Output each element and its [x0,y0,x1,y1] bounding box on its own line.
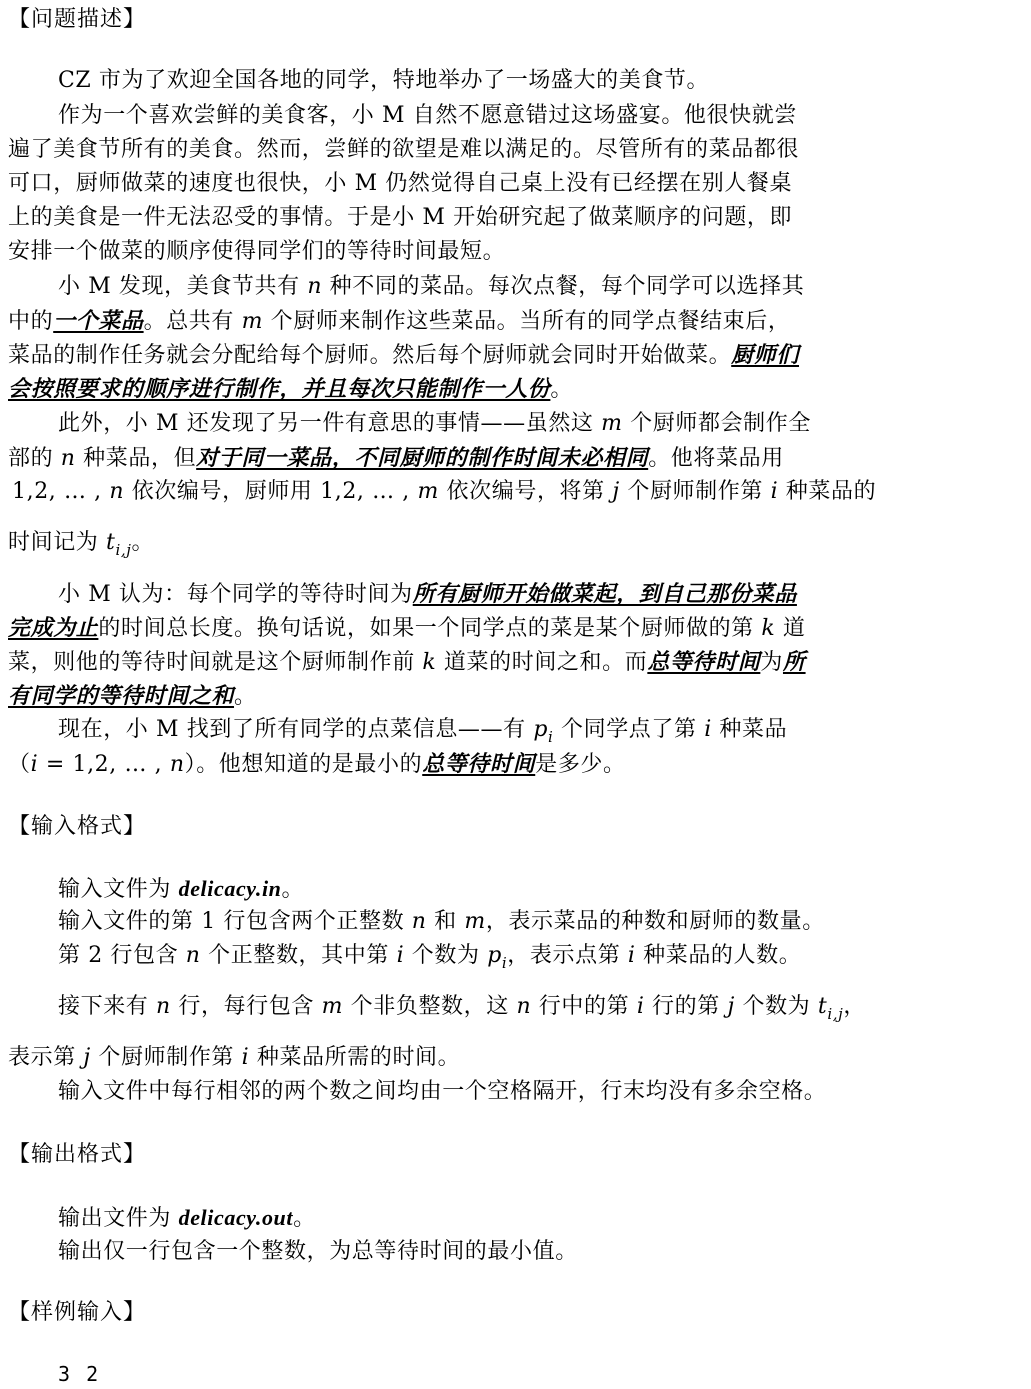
math-variable: m [601,411,622,436]
text-run: 部的 [8,446,61,471]
text-line: （i = 1,2, … , n）。他想知道的是最小的总等待时间是多少。 [8,749,626,780]
text-line: 遍了美食节所有的美食。然而，尝鲜的欲望是难以满足的。尽管所有的菜品都很 [8,135,799,165]
text-run: 现在，小 M 找到了所有同学的点菜信息——有 [58,717,533,742]
math-variable: n [412,909,427,934]
text-run: 行，每行包含 [171,994,322,1019]
text-run: 菜品的制作任务就会分配给每个厨师。然后每个厨师就会同时开始做菜。 [8,343,731,368]
text-run: 种菜品，但 [76,446,197,471]
text-run: 行的第 [644,994,727,1019]
math-variable: n [170,752,185,777]
math-variable: i [628,943,636,968]
text-run: 个厨师制作第 [91,1045,242,1070]
text-line: 可口，厨师做菜的速度也很快，小 M 仍然觉得自己桌上没有已经摆在别人餐桌 [8,169,792,199]
math-variable: i,j [115,541,131,559]
text-run: 菜，则他的等待时间就是这个厨师制作前 [8,650,422,675]
math-variable: j [727,994,734,1019]
math-variable: t [818,994,827,1019]
text-line: 会按照要求的顺序进行制作，并且每次只能制作一人份。 [8,374,573,405]
text-run: 的时间总长度。换句话说，如果一个同学点的菜是某个厨师做的第 [98,616,761,641]
math-variable: j [612,479,619,504]
math-variable: m [242,309,263,334]
emphasized-text: 一个菜品 [53,308,143,334]
math-variable: n [61,446,76,471]
text-run: ， [843,994,866,1019]
text-run: 安排一个做菜的顺序使得同学们的等待时间最短。 [8,239,505,264]
math-variable: i [704,717,712,742]
text-run: 种菜品的人数。 [636,943,802,968]
text-run: 种菜品所需的时间。 [249,1045,460,1070]
text-run: 种菜品的 [778,479,876,504]
math-variable: m [417,479,438,504]
text-line: 表示第 j 个厨师制作第 i 种菜品所需的时间。 [8,1043,460,1073]
text-line: 输出文件为 delicacy.out。 [58,1203,316,1234]
text-run: 个同学点了第 [553,717,704,742]
text-line: 输入文件中每行相邻的两个数之间均由一个空格隔开，行末均没有多余空格。 [58,1077,826,1107]
math-variable: p [487,943,502,968]
math-variable: n [307,274,322,299]
text-run: 为 [760,650,783,675]
filename-text: delicacy.out [179,1205,294,1230]
emphasized-text: 厨师们 [731,342,799,368]
text-run: 1,2, … , [12,479,109,504]
text-run: 。 [131,530,154,555]
text-run: 种不同的菜品。每次点餐，每个同学可以选择其 [322,274,804,299]
text-run: 。 [293,1206,316,1231]
text-line: 中的一个菜品。总共有 m 个厨师来制作这些菜品。当所有的同学点餐结束后， [8,306,790,337]
text-line: 小 M 发现，美食节共有 n 种不同的菜品。每次点餐，每个同学可以选择其 [58,272,804,302]
text-run: 道菜的时间之和。而 [436,650,647,675]
heading-output-format: 【输出格式】 [8,1140,146,1170]
text-run: 个非负整数，这 [343,994,516,1019]
text-run: CZ 市为了欢迎全国各地的同学，特地举办了一场盛大的美食节。 [58,68,709,93]
text-line: 作为一个喜欢尝鲜的美食客，小 M 自然不愿意错过这场盛宴。他很快就尝 [58,101,797,131]
text-run: 依次编号，厨师用 1,2, … , [124,479,417,504]
emphasized-text: 有同学的等待时间之和 [8,683,234,709]
text-run: 可口，厨师做菜的速度也很快，小 M 仍然觉得自己桌上没有已经摆在别人餐桌 [8,171,792,196]
text-run: 种菜品 [712,717,787,742]
text-line: CZ 市为了欢迎全国各地的同学，特地举办了一场盛大的美食节。 [58,66,709,96]
math-variable: m [322,994,343,1019]
text-line: 时间记为 ti,j。 [8,528,154,565]
text-run: 输出文件为 [58,1206,179,1231]
math-variable: n [156,994,171,1019]
text-run: 输出仅一行包含一个整数，为总等待时间的最小值。 [58,1239,578,1264]
text-run: 第 2 行包含 [58,943,186,968]
text-run: 。总共有 [144,309,242,334]
math-variable: k [761,616,775,641]
text-run: 遍了美食节所有的美食。然而，尝鲜的欲望是难以满足的。尽管所有的菜品都很 [8,137,799,162]
heading-sample-input: 【样例输入】 [8,1298,146,1328]
text-run: 表示第 [8,1045,83,1070]
text-run: 输入文件中每行相邻的两个数之间均由一个空格隔开，行末均没有多余空格。 [58,1079,826,1104]
text-run: 上的美食是一件无法忍受的事情。于是小 M 开始研究起了做菜顺序的问题，即 [8,205,792,230]
text-run: ，表示点第 [507,943,628,968]
text-run: 个数为 [404,943,487,968]
heading-input-format: 【输入格式】 [8,812,146,842]
emphasized-text: 完成为止 [8,615,98,641]
math-variable: m [464,909,485,934]
emphasized-text: 总等待时间 [647,649,760,675]
text-run: 依次编号，将第 [439,479,612,504]
text-run: 输入文件为 [58,877,179,902]
emphasized-text: 总等待时间 [422,751,535,777]
text-line: 输入文件为 delicacy.in。 [58,874,304,905]
text-run: 。 [550,377,573,402]
text-run: 和 [427,909,465,934]
text-line: 现在，小 M 找到了所有同学的点菜信息——有 pi 个同学点了第 i 种菜品 [58,715,787,752]
text-line: 部的 n 种菜品，但对于同一菜品，不同厨师的制作时间未必相同。他将菜品用 [8,443,784,474]
text-run: 。 [282,877,305,902]
text-line: 接下来有 n 行，每行包含 m 个非负整数，这 n 行中的第 i 行的第 j 个… [58,992,866,1029]
text-run: 个厨师制作第 [620,479,771,504]
text-run: ）。他想知道的是最小的 [185,752,423,777]
text-run: （ [8,752,31,777]
text-line: 1,2, … , n 依次编号，厨师用 1,2, … , m 依次编号，将第 j… [12,477,876,507]
text-line: 菜品的制作任务就会分配给每个厨师。然后每个厨师就会同时开始做菜。厨师们 [8,340,799,371]
math-variable: n [186,943,201,968]
sample-input-line: 3 2 [58,1360,100,1388]
math-variable: n [516,994,531,1019]
text-run: 个正整数，其中第 [201,943,397,968]
emphasized-text: 所 [783,649,806,675]
text-run: 此外，小 M 还发现了另一件有意思的事情——虽然这 [58,411,601,436]
text-line: 有同学的等待时间之和。 [8,681,257,712]
text-run: 。他将菜品用 [648,446,784,471]
emphasized-text: 会按照要求的顺序进行制作，并且每次只能制作一人份 [8,376,550,402]
text-line: 完成为止的时间总长度。换句话说，如果一个同学点的菜是某个厨师做的第 k 道 [8,613,806,644]
heading-problem-description: 【问题描述】 [8,5,146,35]
text-run: 道 [775,616,805,641]
text-line: 菜，则他的等待时间就是这个厨师制作前 k 道菜的时间之和。而总等待时间为所 [8,647,806,678]
text-run: 小 M 认为：每个同学的等待时间为 [58,582,413,607]
text-run: 接下来有 [58,994,156,1019]
text-line: 输出仅一行包含一个整数，为总等待时间的最小值。 [58,1237,578,1267]
math-variable: j [83,1045,90,1070]
text-run: 作为一个喜欢尝鲜的美食客，小 M 自然不愿意错过这场盛宴。他很快就尝 [58,103,797,128]
math-variable: n [109,479,124,504]
text-line: 安排一个做菜的顺序使得同学们的等待时间最短。 [8,237,505,267]
text-run: 个数为 [735,994,818,1019]
emphasized-text: 对于同一菜品，不同厨师的制作时间未必相同 [196,445,648,471]
math-variable: p [533,717,548,742]
filename-text: delicacy.in [179,876,282,901]
text-line: 上的美食是一件无法忍受的事情。于是小 M 开始研究起了做菜顺序的问题，即 [8,203,792,233]
text-line: 输入文件的第 1 行包含两个正整数 n 和 m，表示菜品的种数和厨师的数量。 [58,907,825,937]
text-run: 是多少。 [535,752,625,777]
text-line: 小 M 认为：每个同学的等待时间为所有厨师开始做菜起，到自己那份菜品 [58,579,797,610]
text-run: 个厨师来制作这些菜品。当所有的同学点餐结束后， [263,309,790,334]
text-run: 小 M 发现，美食节共有 [58,274,307,299]
text-line: 第 2 行包含 n 个正整数，其中第 i 个数为 pi，表示点第 i 种菜品的人… [58,941,801,978]
math-variable: i,j [827,1005,843,1023]
text-run: 输入文件的第 1 行包含两个正整数 [58,909,412,934]
text-run: 。 [234,684,257,709]
text-run: ，表示菜品的种数和厨师的数量。 [486,909,825,934]
text-run: 个厨师都会制作全 [623,411,811,436]
text-line: 此外，小 M 还发现了另一件有意思的事情——虽然这 m 个厨师都会制作全 [58,409,811,439]
math-variable: k [422,650,436,675]
text-run: = 1,2, … , [38,752,170,777]
text-run: 中的 [8,309,53,334]
text-run: 时间记为 [8,530,106,555]
emphasized-text: 所有厨师开始做菜起，到自己那份菜品 [413,581,797,607]
text-run: 行中的第 [531,994,637,1019]
